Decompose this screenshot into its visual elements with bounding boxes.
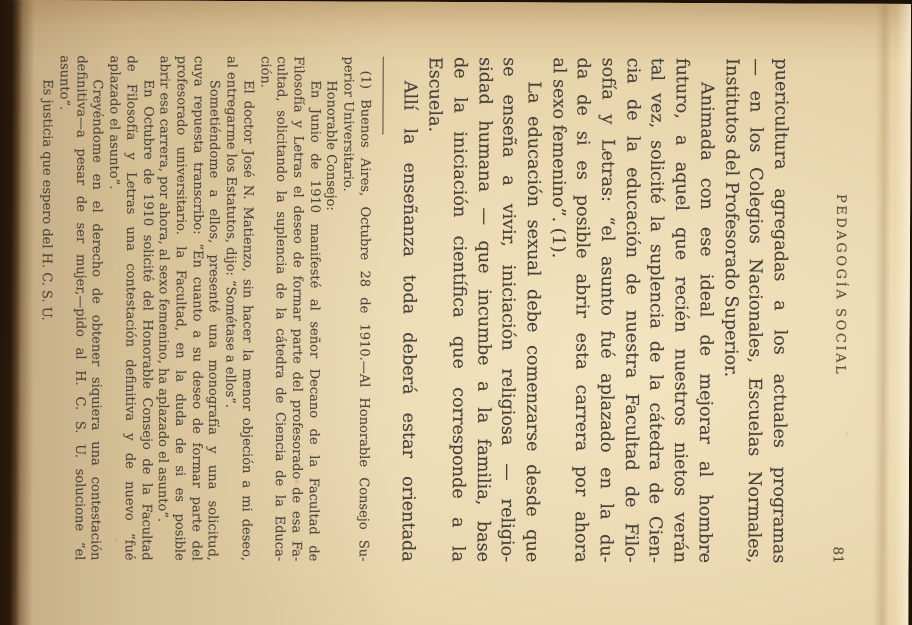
footnote-block: (1) Buenos Aires, Octubre 28 de 1910.—Al… bbox=[36, 55, 372, 561]
body-text-line: de la iniciación científica que correspo… bbox=[445, 57, 472, 562]
body-text-line: Escuela. bbox=[420, 57, 447, 562]
running-title: PEDAGOGÍA SOCIAL bbox=[832, 33, 849, 538]
footnote-line: En Junio de 1910 manifesté al señor Deca… bbox=[303, 56, 322, 561]
footnote-line: cultad, solicitando la suplencia de la c… bbox=[270, 56, 289, 561]
body-text-line: cia de la educación de nuestra Facultad … bbox=[618, 58, 645, 563]
body-text-line: — en los Colegios Nacionales, Escuelas N… bbox=[741, 58, 768, 563]
footnote-line: de Filosofía y Letras una contestación d… bbox=[120, 56, 139, 561]
page-number: 81 bbox=[830, 546, 846, 563]
scan-background: PEDAGOGÍA SOCIAL 81 puericultura agregad… bbox=[0, 0, 912, 625]
body-text-line: Allí la enseñanza toda deberá estar orie… bbox=[395, 57, 422, 562]
body-text-line: futuro, a aquel que recién nuestros niet… bbox=[667, 58, 694, 563]
footnote-line: Es justicia que espero del H. C. S. U. bbox=[36, 55, 55, 560]
footnote-line: abrir esa carrera, por ahora, al sexo fe… bbox=[153, 56, 172, 561]
body-text-line: La educación sexual debe comenzarse desd… bbox=[519, 57, 546, 562]
footnote-line: Filosofía y Letras el deseo de formar pa… bbox=[287, 56, 306, 561]
book-page: PEDAGOGÍA SOCIAL 81 puericultura agregad… bbox=[0, 0, 911, 625]
footnote-line: definitiva—a pesar de ser mujer,—pido al… bbox=[70, 55, 89, 560]
body-text-line: Animada con ese ideal de mejorar al homb… bbox=[692, 58, 719, 563]
body-text-block: puericultura agregadas a los actuales pr… bbox=[395, 57, 792, 564]
footnote-line: Honorable Consejo: bbox=[320, 56, 339, 561]
body-text-line: se enseña a vivir, iniciación religiosa … bbox=[494, 57, 521, 562]
body-text-line: da de si es posible abrir esta carrera p… bbox=[568, 57, 595, 562]
body-text-line: al sexo femenino”. (1). bbox=[544, 57, 571, 562]
body-text-line: sofía y Letras: “el asunto fué aplazado … bbox=[593, 58, 620, 563]
body-text-line: tal vez, solicité la suplencia de la cát… bbox=[642, 58, 669, 563]
running-header: PEDAGOGÍA SOCIAL 81 bbox=[827, 59, 849, 564]
footnote-line: Sometiéndome a ellos, presenté una monog… bbox=[203, 56, 222, 561]
body-text-line: sidad humana — que incumbe a la familia,… bbox=[469, 57, 496, 562]
footnote-line: cuya repuesta transcribo: “En cuanto a s… bbox=[187, 56, 206, 561]
footnote-separator bbox=[382, 57, 383, 135]
footnote-line: El doctor José N. Matienzo, sin hacer la… bbox=[237, 56, 256, 561]
footnote-line: (1) Buenos Aires, Octubre 28 de 1910.—Al… bbox=[354, 57, 373, 562]
footnote-line: Creyéndome en el derecho de obtener siqu… bbox=[86, 55, 105, 560]
body-text-line: Institutos del Profesorado Superior. bbox=[716, 58, 743, 563]
footnote-line: ción. bbox=[253, 56, 272, 561]
footnote-line: profesorado universitario. la Facultad, … bbox=[170, 56, 189, 561]
body-text-line: puericultura agregadas a los actuales pr… bbox=[766, 58, 793, 563]
footnote-line: En Octubre de 1910 solicité del Honorabl… bbox=[136, 56, 155, 561]
